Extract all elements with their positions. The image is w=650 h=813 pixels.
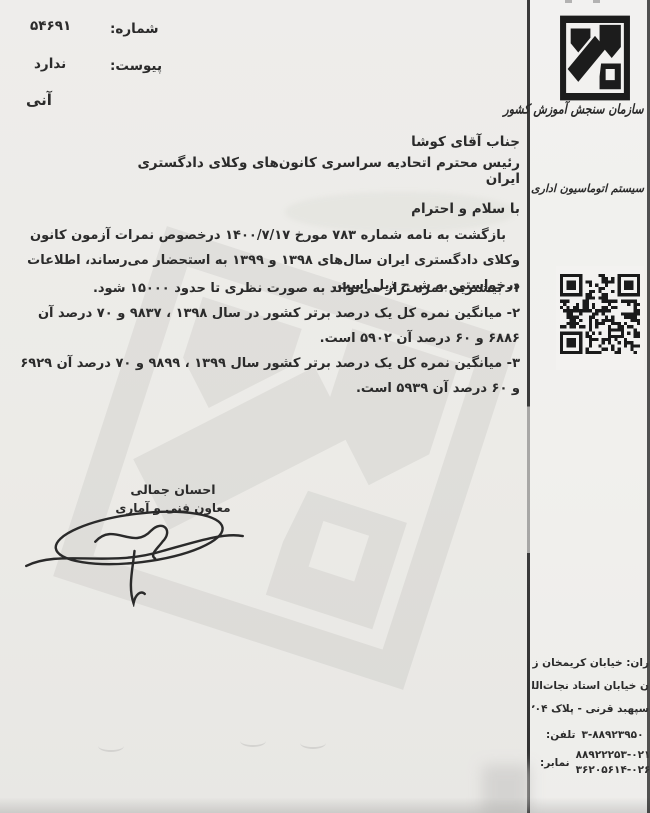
salutation: با سلام و احترام [411,201,520,217]
number-value: ۵۴۶۹۱ [30,18,71,34]
list-item-1: ۱- بیشترین نمره تراز می‌تواند به صورت نظ… [18,276,520,301]
qr-code [556,266,644,370]
recipient-title: رئیس محترم اتحادیه سراسری کانون‌های وکلا… [110,155,520,187]
column-divider-line [527,0,530,813]
fax-row: نمابر: ۸۸۹۲۲۲۵۳-۰۲۱ ۳۶۲۰۵۶۱۴-۰۲۶ [532,749,649,776]
fax-value-1: ۸۸۹۲۲۲۵۳-۰۲۱ [576,749,650,761]
sanjesh-emblem-icon [557,12,633,104]
bleed-mark [98,740,124,752]
letterhead-column: سازمان سنجش آموزش کشور سیستم اتوماسیون ا… [527,0,650,813]
cut-text-fragment [593,0,600,3]
phone-row: تلفن: ۳-۸۸۹۲۳۹۵۰ [532,729,649,741]
body-items: ۱- بیشترین نمره تراز می‌تواند به صورت نظ… [18,276,520,401]
scan-bottom-shadow [0,797,650,813]
cut-text-fragment [565,0,572,3]
address-block: ران: خیابان کریمخان زند - ن خیابان استاد… [532,652,649,776]
address-line: سپهبد قرنی - پلاک ۲۰۴ [532,698,649,721]
recipient-name: جناب آقای کوشا [110,134,520,150]
address-line: ران: خیابان کریمخان زند - [532,652,649,675]
list-item-3: ۳- میانگین نمره کل یک درصد برتر کشور سال… [18,351,520,401]
bleed-mark [240,735,266,747]
fax-label: نمابر: [540,757,570,769]
list-item-2: ۲- میانگین نمره کل یک درصد برتر کشور در … [18,301,520,351]
letter-page: تاریخ: شماره: ۵۴۶۹۱ پیوست: ندارد آنی جنا… [0,0,650,813]
handwritten-signature-icon [22,495,247,611]
attachment-value: ندارد [34,56,66,72]
organization-name: سازمان سنجش آموزش کشور [531,101,643,117]
address-line: ن خیابان استاد نجات‌اللهی [532,675,649,698]
phone-value: ۳-۸۸۹۲۳۹۵۰ [581,729,643,741]
attachment-label: پیوست: [110,58,162,74]
phone-label: تلفن: [546,729,575,741]
bleed-mark [300,737,326,749]
fax-value-2: ۳۶۲۰۵۶۱۴-۰۲۶ [576,764,650,776]
recipient-block: جناب آقای کوشا رئیس محترم اتحادیه سراسری… [110,134,520,187]
automation-system-label: سیستم اتوماسیون اداری [529,182,646,195]
urgency-stamp: آنی [26,91,52,109]
number-label: شماره: [110,21,159,37]
